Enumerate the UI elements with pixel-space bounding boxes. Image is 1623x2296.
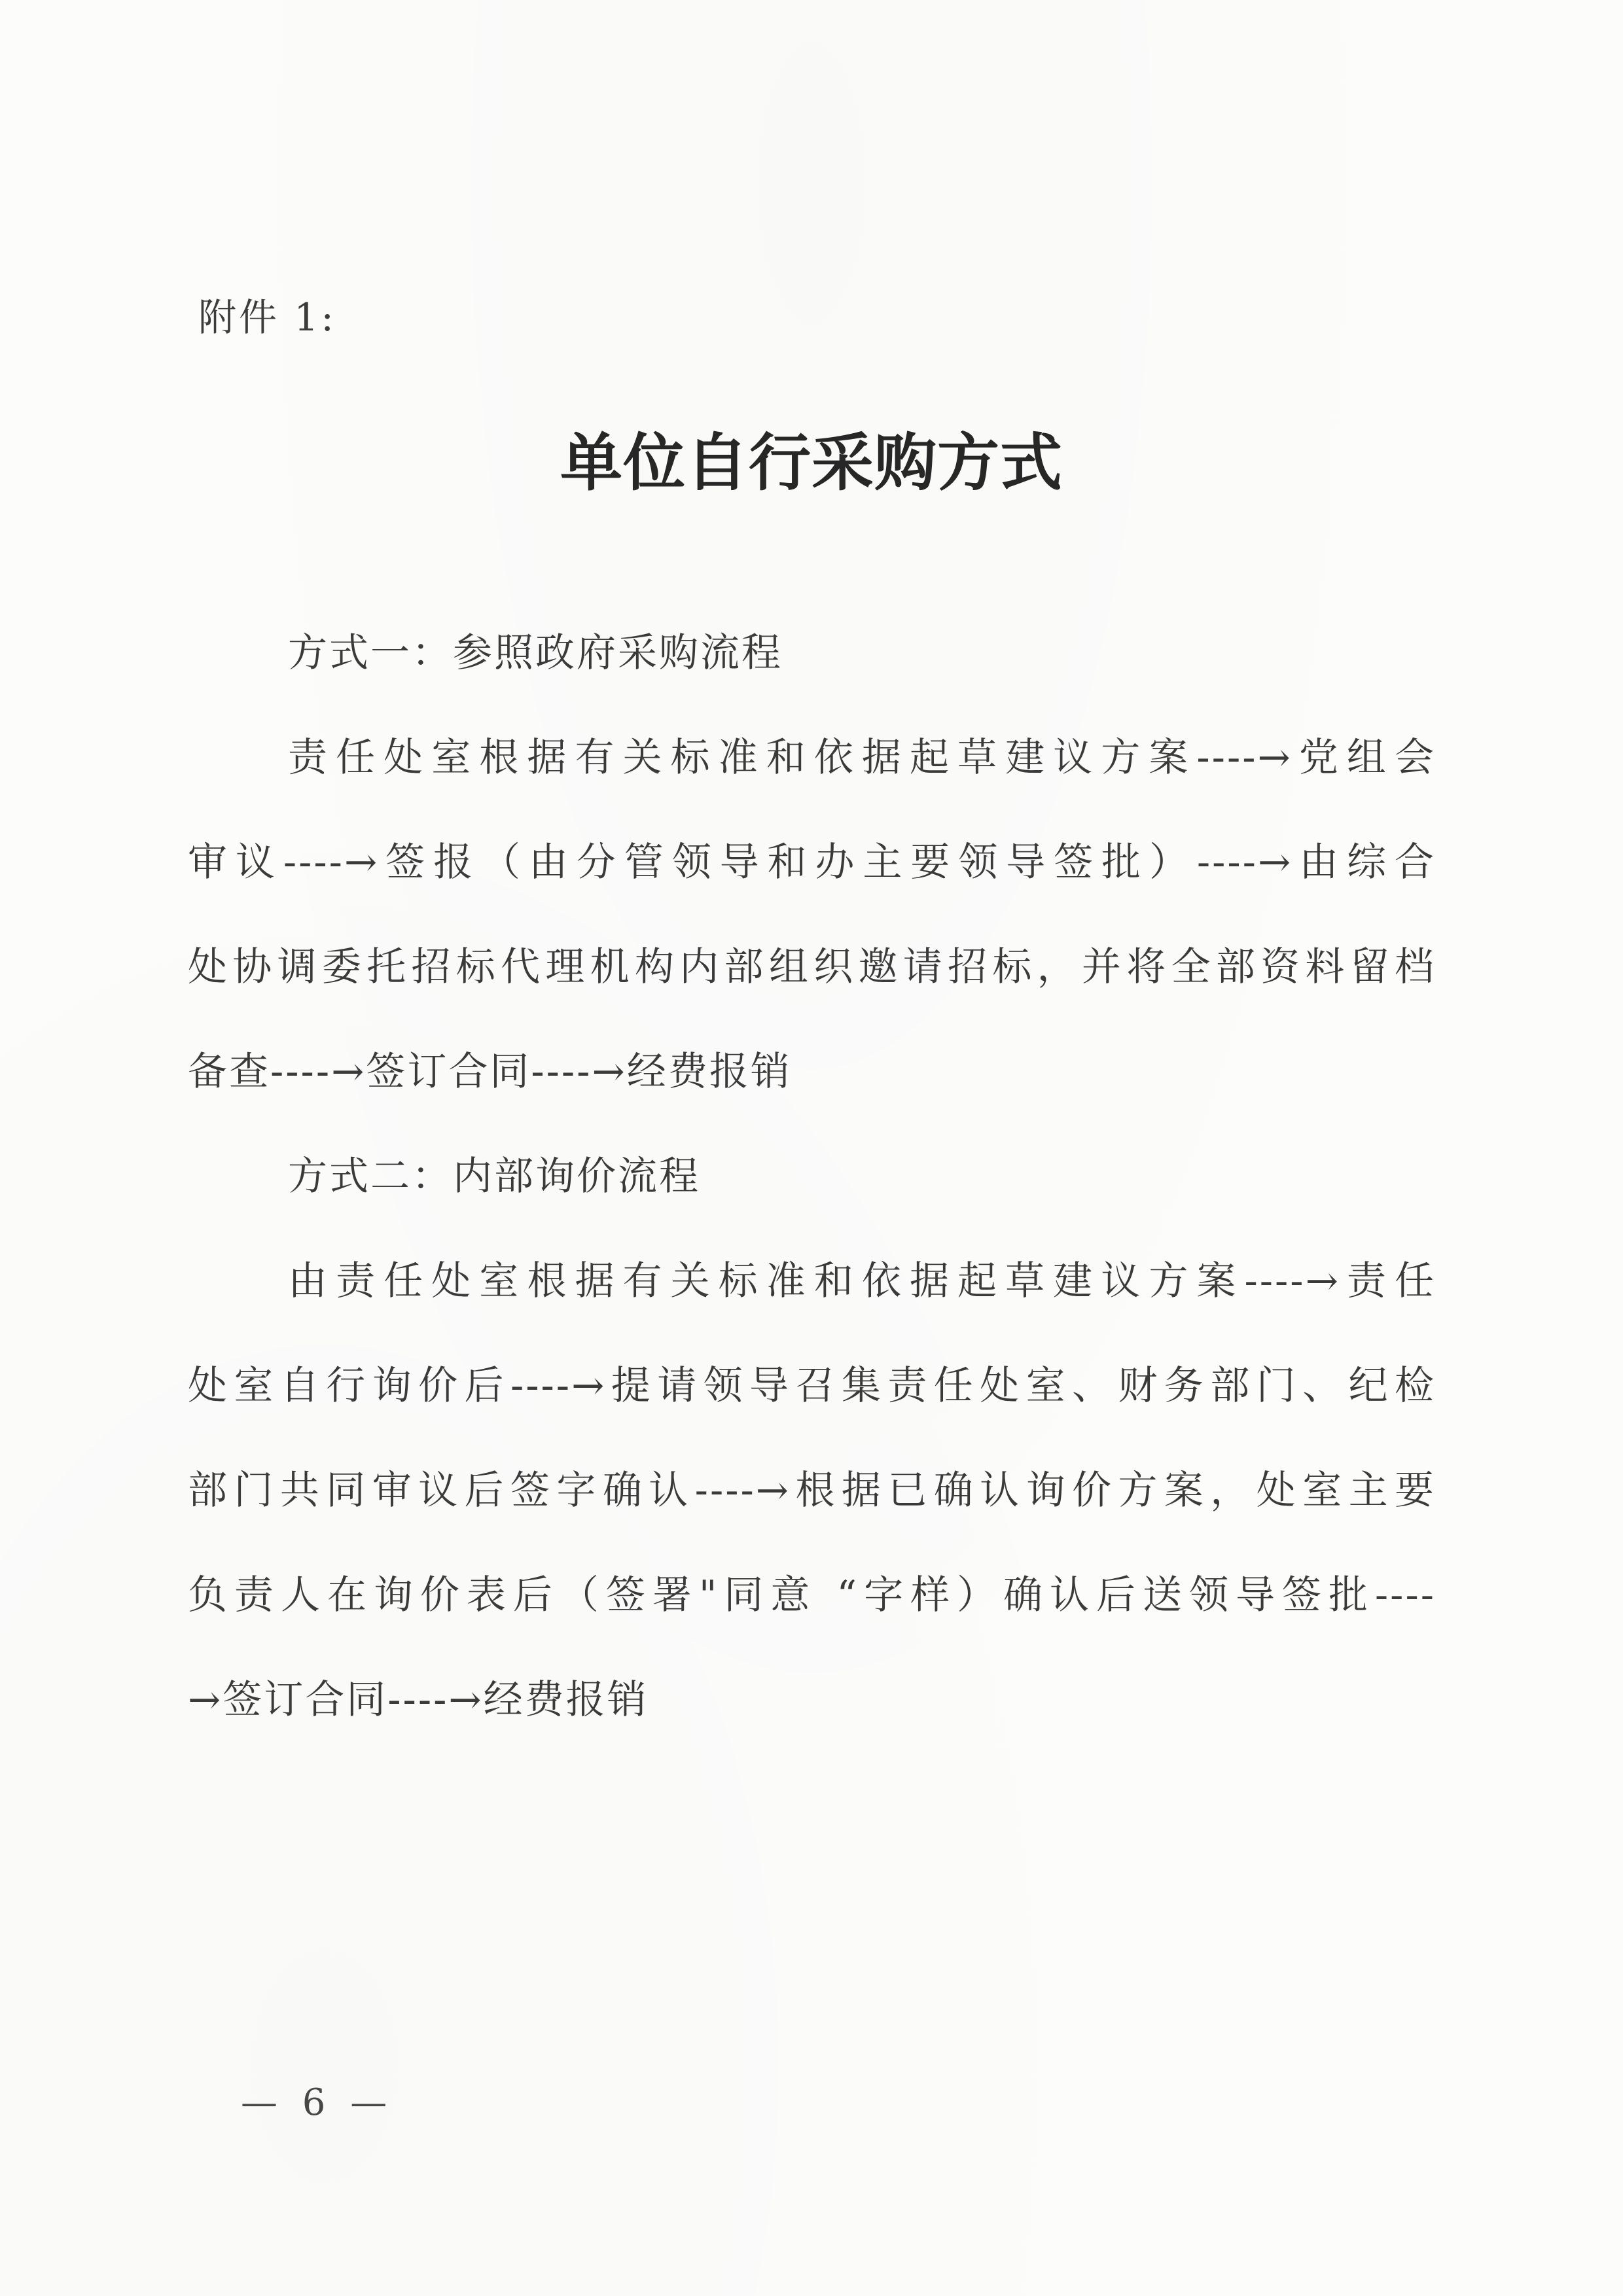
body-line: →签订合同----→经费报销 bbox=[188, 1648, 1436, 1752]
body-line-method2-heading: 方式二：内部询价流程 bbox=[188, 1124, 1436, 1229]
body-line: 责任处室根据有关标准和依据起草建议方案----→党组会 bbox=[188, 705, 1436, 810]
scanned-document-page: 附件 1: 单位自行采购方式 方式一：参照政府采购流程 责任处室根据有关标准和依… bbox=[0, 0, 1623, 2296]
body-line: 由责任处室根据有关标准和依据起草建议方案----→责任 bbox=[188, 1229, 1436, 1333]
attachment-label: 附件 1: bbox=[198, 296, 336, 340]
body-line: 处室自行询价后----→提请领导召集责任处室、财务部门、纪检 bbox=[188, 1333, 1436, 1438]
body-line: 处协调委托招标代理机构内部组织邀请招标，并将全部资料留档 bbox=[188, 915, 1436, 1019]
body-line: 备查----→签订合同----→经费报销 bbox=[188, 1019, 1436, 1124]
body-line: 部门共同审议后签字确认----→根据已确认询价方案，处室主要 bbox=[188, 1438, 1436, 1543]
page-number: — 6 — bbox=[241, 2083, 393, 2123]
body-line: 负责人在询价表后（签署"同意 “字样）确认后送领导签批---- bbox=[188, 1543, 1436, 1648]
document-title: 单位自行采购方式 bbox=[0, 429, 1623, 498]
document-body: 方式一：参照政府采购流程 责任处室根据有关标准和依据起草建议方案----→党组会… bbox=[188, 601, 1436, 1752]
body-line-method1-heading: 方式一：参照政府采购流程 bbox=[188, 601, 1436, 705]
body-line: 审议----→签报（由分管领导和办主要领导签批）----→由综合 bbox=[188, 810, 1436, 915]
